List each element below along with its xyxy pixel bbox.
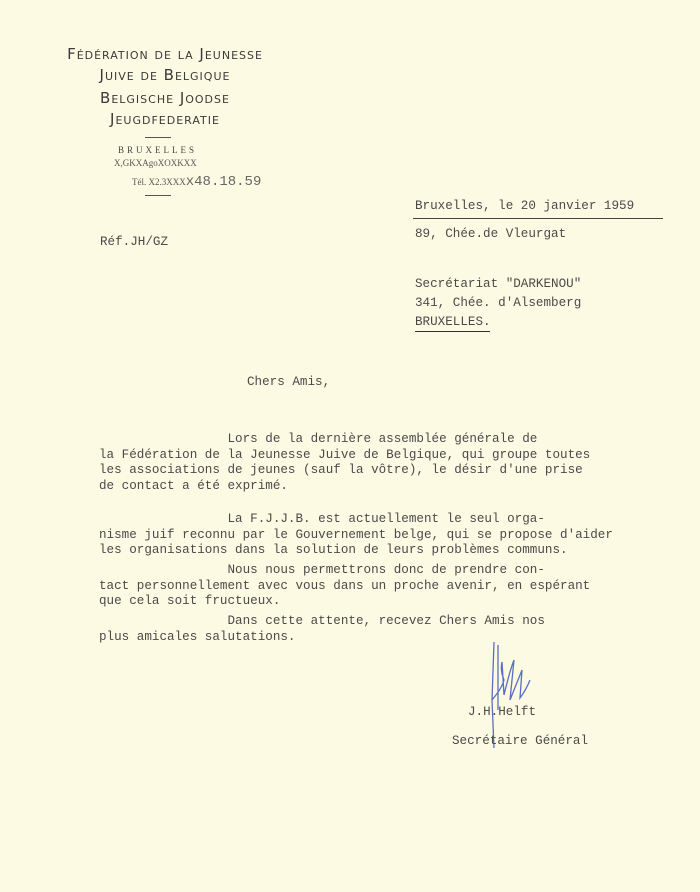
letterhead-line3: Belgische Joodse bbox=[40, 88, 290, 109]
recipient-line2: 341, Chée. d'Alsemberg bbox=[415, 296, 581, 312]
recipient-line1: Secrétariat "DARKENOU" bbox=[415, 277, 581, 293]
letterhead-city: BRUXELLES bbox=[118, 145, 197, 155]
letterhead-divider-top bbox=[145, 137, 171, 138]
letterhead-telephone: Tél. X2.3XXXx48.18.59 bbox=[132, 174, 261, 190]
date-underline bbox=[413, 218, 663, 219]
body-paragraph: Nous nous permettrons donc de prendre co… bbox=[99, 563, 590, 610]
letterhead-line4: Jeugdfederatie bbox=[40, 109, 290, 130]
signatory-title: Secrétaire Général bbox=[452, 734, 588, 750]
telephone-label: Tél. X2.3XXX bbox=[132, 177, 186, 187]
letterhead-line1: Fédération de la Jeunesse bbox=[40, 44, 290, 65]
letterhead-french: Fédération de la Jeunesse Juive de Belgi… bbox=[40, 44, 290, 86]
recipient-underline bbox=[415, 331, 490, 332]
body-paragraph: Lors de la dernière assemblée générale d… bbox=[99, 432, 590, 494]
body-paragraph: La F.J.J.B. est actuellement le seul org… bbox=[99, 512, 613, 559]
salutation: Chers Amis, bbox=[247, 375, 330, 391]
telephone-number: x48.18.59 bbox=[186, 174, 262, 190]
letterhead-struck-address: X,GKXAgoXOXKXX bbox=[114, 158, 197, 168]
letterhead-line2: Juive de Belgique bbox=[40, 65, 290, 86]
body-paragraph: Dans cette attente, recevez Chers Amis n… bbox=[99, 614, 545, 645]
letterhead-divider-bottom bbox=[145, 195, 171, 196]
reference: Réf.JH/GZ bbox=[100, 235, 168, 251]
letterhead-dutch: Belgische Joodse Jeugdfederatie bbox=[40, 88, 290, 130]
date-line: Bruxelles, le 20 janvier 1959 bbox=[415, 199, 634, 215]
recipient-line3: BRUXELLES. bbox=[415, 315, 491, 331]
sender-address: 89, Chée.de Vleurgat bbox=[415, 227, 566, 243]
signatory-name: J.H.Helft bbox=[468, 705, 536, 721]
letter-page: Fédération de la Jeunesse Juive de Belgi… bbox=[0, 0, 700, 892]
